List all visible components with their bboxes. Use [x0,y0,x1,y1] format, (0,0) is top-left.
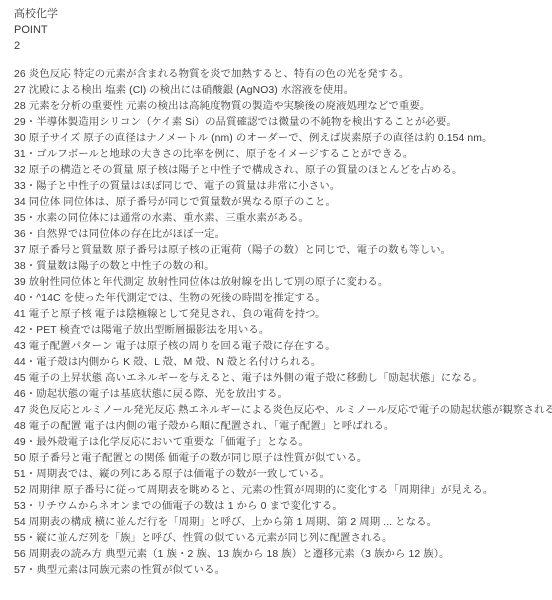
note-line: 31・ゴルフボールと地球の大きさの比率を例に、原子をイメージすることができる。 [14,147,552,163]
note-line: 56 周期表の読み方 典型元素（1 族・2 族、13 族から 18 族）と遷移元… [14,547,552,563]
document-title: 高校化学 [14,6,552,22]
note-line: 41 電子と原子核 電子は陰極線として発見され、負の電荷を持つ。 [14,307,552,323]
note-line: 46・励起状態の電子は基底状態に戻る際、光を放出する。 [14,387,552,403]
note-line: 32 原子の構造とその質量 原子核は陽子と中性子で構成され、原子の質量のほとんど… [14,163,552,179]
note-line: 37 原子番号と質量数 原子番号は原子核の正電荷（陽子の数）と同じで、電子の数も… [14,243,552,259]
note-line: 34 同位体 同位体は、原子番号が同じで質量数が異なる原子のこと。 [14,195,552,211]
note-line: 51・周期表では、縦の列にある原子は価電子の数が一致している。 [14,467,552,483]
section-label: POINT [14,22,552,38]
note-line: 49・最外殻電子は化学反応において重要な「価電子」となる。 [14,435,552,451]
note-line: 27 沈殿による検出 塩素 (Cl) の検出には硝酸銀 (AgNO3) 水溶液を… [14,83,552,99]
notes-list: 26 炎色反応 特定の元素が含まれる物質を炎で加熱すると、特有の色の光を発する。… [14,67,552,579]
note-line: 40・^14C を使った年代測定では、生物の死後の時間を推定する。 [14,291,552,307]
note-line: 26 炎色反応 特定の元素が含まれる物質を炎で加熱すると、特有の色の光を発する。 [14,67,552,83]
note-line: 28 元素を分析の重要性 元素の検出は高純度物質の製造や実験後の廃液処理などで重… [14,99,552,115]
note-line: 53・リチウムからネオンまでの価電子の数は 1 から 0 まで変化する。 [14,499,552,515]
note-line: 42・PET 検査では陽電子放出型断層撮影法を用いる。 [14,323,552,339]
note-line: 35・水素の同位体には通常の水素、重水素、三重水素がある。 [14,211,552,227]
note-line: 39 放射性同位体と年代測定 放射性同位体は放射線を出して別の原子に変わる。 [14,275,552,291]
note-line: 33・陽子と中性子の質量はほぼ同じで、電子の質量は非常に小さい。 [14,179,552,195]
note-line: 54 周期表の構成 横に並んだ行を「周期」と呼び、上から第 1 周期、第 2 周… [14,515,552,531]
page-number: 2 [14,38,552,54]
note-line: 50 原子番号と電子配置との関係 価電子の数が同じ原子は性質が似ている。 [14,451,552,467]
document-page: 高校化学 POINT 2 26 炎色反応 特定の元素が含まれる物質を炎で加熱する… [0,0,552,579]
note-line: 38・質量数は陽子の数と中性子の数の和。 [14,259,552,275]
document-header: 高校化学 POINT 2 [14,6,552,54]
note-line: 47 炎色反応とルミノール発光反応 熱エネルギーによる炎色反応や、ルミノール反応… [14,403,552,419]
note-line: 43 電子配置パターン 電子は原子核の周りを回る電子殻に存在する。 [14,339,552,355]
note-line: 36・自然界では同位体の存在比がほぼ一定。 [14,227,552,243]
note-line: 52 周期律 原子番号に従って周期表を眺めると、元素の性質が周期的に変化する「周… [14,483,552,499]
note-line: 29・半導体製造用シリコン（ケイ素 Si）の品質確認では微量の不純物を検出するこ… [14,115,552,131]
note-line: 57・典型元素は同族元素の性質が似ている。 [14,563,552,579]
note-line: 45 電子の上昇状態 高いエネルギーを与えると、電子は外側の電子殻に移動し「励起… [14,371,552,387]
note-line: 30 原子サイズ 原子の直径はナノメートル (nm) のオーダーで、例えば炭素原… [14,131,552,147]
note-line: 44・電子殻は内側から K 殻、L 殻、M 殻、N 殻と名付けられる。 [14,355,552,371]
note-line: 48 電子の配置 電子は内側の電子殻から順に配置され、「電子配置」と呼ばれる。 [14,419,552,435]
note-line: 55・縦に並んだ列を「族」と呼び、性質の似ている元素が同じ列に配置される。 [14,531,552,547]
